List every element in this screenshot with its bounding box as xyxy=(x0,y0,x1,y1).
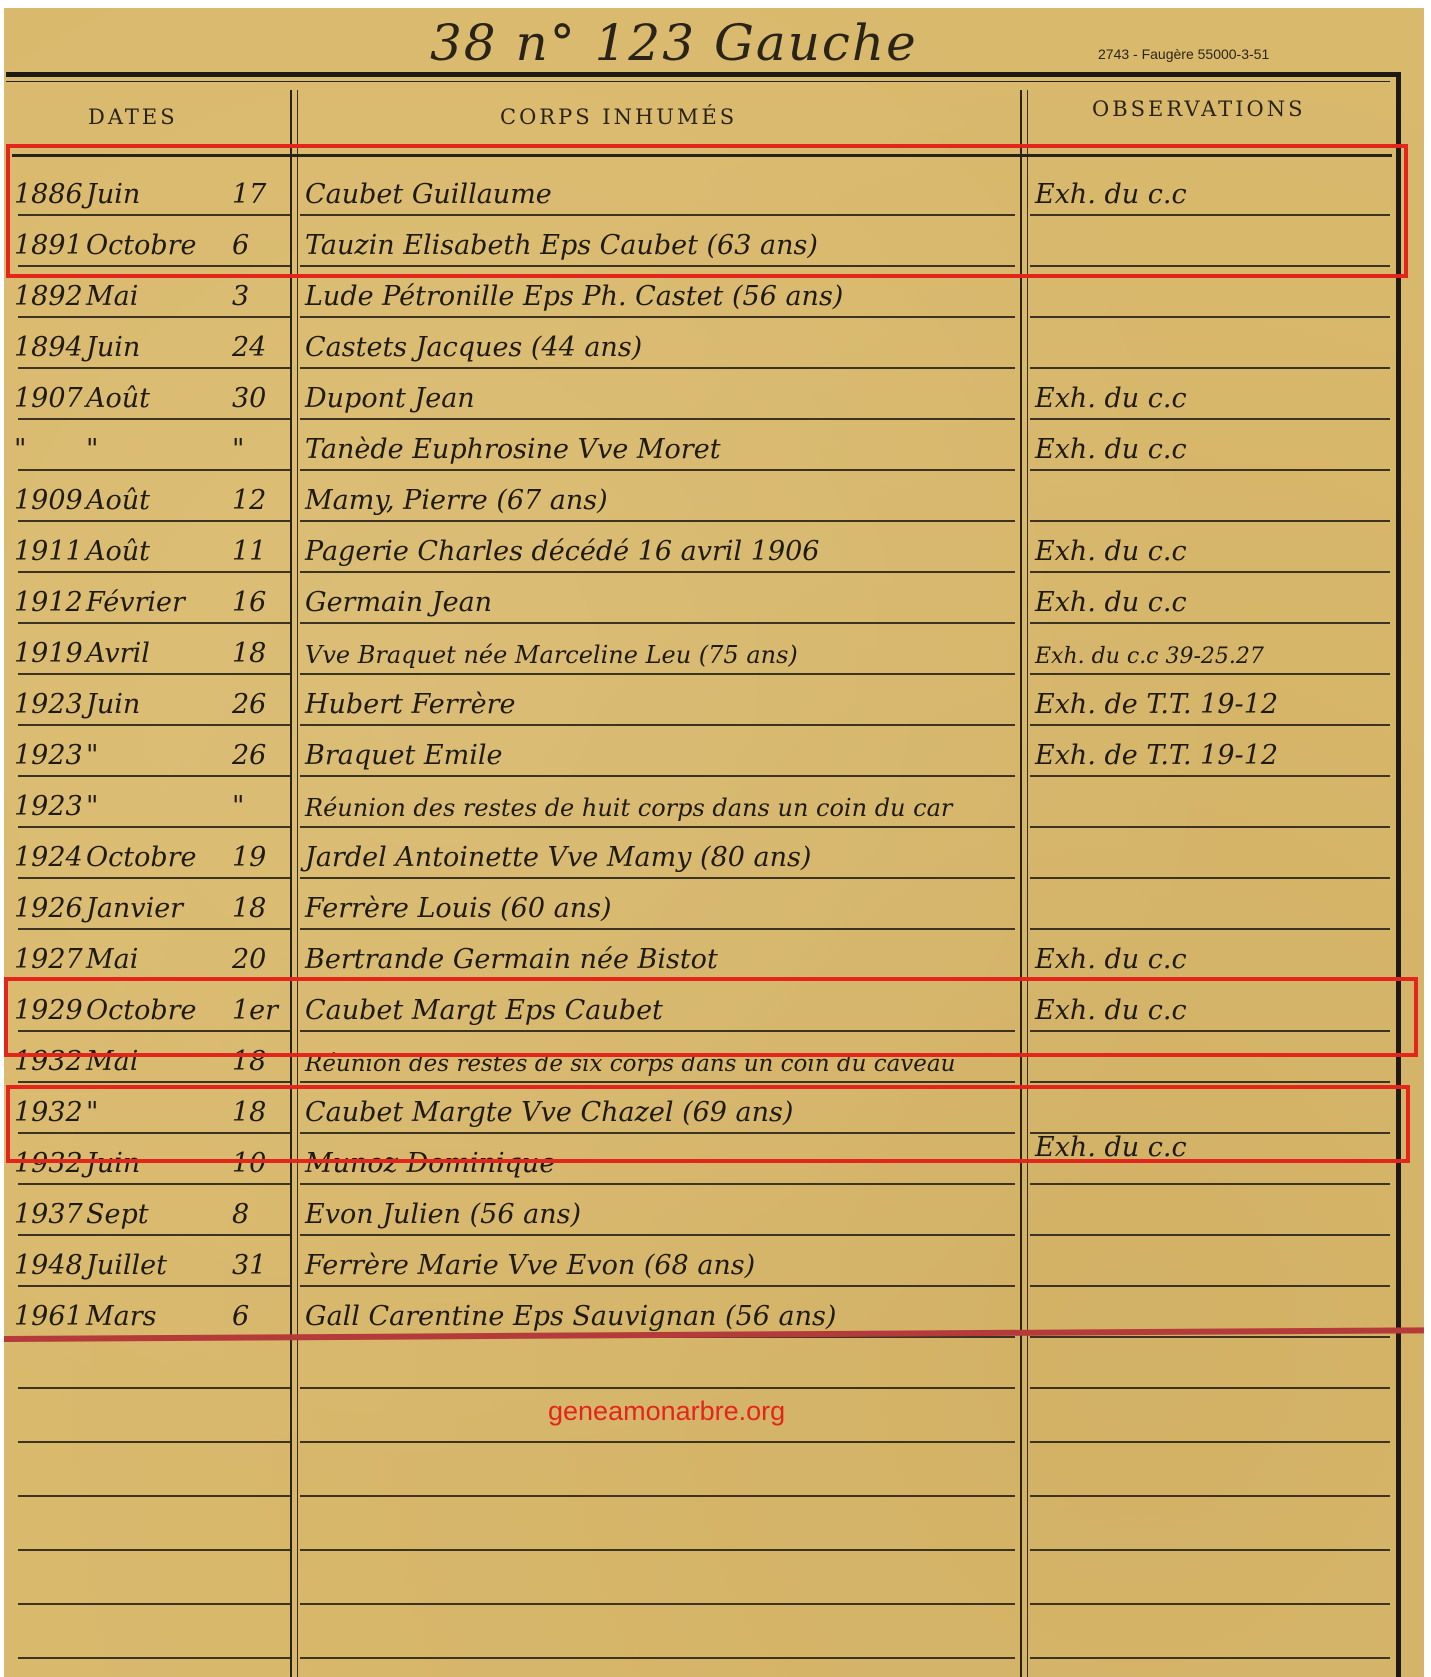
ruled-line xyxy=(18,1081,290,1083)
entry-day: 18 xyxy=(232,638,282,669)
entry-year: 1927 xyxy=(14,944,84,975)
ruled-line xyxy=(1030,1657,1390,1659)
table-row: 1911 Août 11 Pagerie Charles décédé 16 a… xyxy=(0,522,1431,573)
entry-observation: Exh. du c.c xyxy=(1035,587,1187,618)
entry-day: 6 xyxy=(232,1301,282,1332)
ruled-line xyxy=(1030,571,1390,573)
ruled-line xyxy=(1030,1234,1390,1236)
watermark: geneamonarbre.org xyxy=(548,1396,785,1427)
entry-year: 1948 xyxy=(14,1250,84,1281)
entry-observation: Exh. du c.c xyxy=(1035,434,1187,465)
entry-day: 20 xyxy=(232,944,282,975)
entry-year: 1923 xyxy=(14,689,84,720)
ruled-line xyxy=(18,520,290,522)
entry-observation: Exh. du c.c xyxy=(1035,944,1187,975)
column-header-dates: DATES xyxy=(88,105,178,129)
entry-year: 1911 xyxy=(14,536,84,567)
table-row: 1907 Août 30 Dupont Jean Exh. du c.c xyxy=(0,369,1431,420)
table-row: 1894 Juin 24 Castets Jacques (44 ans) xyxy=(0,318,1431,369)
entry-name: Castets Jacques (44 ans) xyxy=(305,332,642,363)
entry-name: Gall Carentine Eps Sauvignan (56 ans) xyxy=(305,1301,836,1332)
ruled-line xyxy=(1030,367,1390,369)
table-row: 1924 Octobre 19 Jardel Antoinette Vve Ma… xyxy=(0,828,1431,879)
ruled-line xyxy=(300,1603,1015,1605)
entry-name: Braquet Emile xyxy=(305,740,503,771)
entry-day: 18 xyxy=(232,893,282,924)
entry-name: Bertrande Germain née Bistot xyxy=(305,944,718,975)
entry-name: Tanède Euphrosine Vve Moret xyxy=(305,434,721,465)
handwritten-heading: 38 n° 123 Gauche xyxy=(430,14,918,72)
ruled-line xyxy=(1030,775,1390,777)
entry-observation: Exh. de T.T. 19-12 xyxy=(1035,689,1278,720)
ruled-line xyxy=(18,418,290,420)
entry-year: 1892 xyxy=(14,281,84,312)
entry-name: Dupont Jean xyxy=(305,383,475,414)
entry-day: 12 xyxy=(232,485,282,516)
entry-day: 3 xyxy=(232,281,282,312)
ruled-line xyxy=(300,1549,1015,1551)
entry-observation: Exh. du c.c xyxy=(1035,383,1187,414)
ruled-line xyxy=(300,1441,1015,1443)
entry-name: Hubert Ferrère xyxy=(305,689,515,720)
ruled-line xyxy=(1030,418,1390,420)
highlight-box-caubet-1886-1891 xyxy=(6,144,1408,278)
ruled-line xyxy=(18,469,290,471)
ruled-line xyxy=(18,673,290,675)
entry-name: Ferrère Marie Vve Evon (68 ans) xyxy=(305,1250,755,1281)
entry-month: Août xyxy=(86,536,236,567)
entry-name: Jardel Antoinette Vve Mamy (80 ans) xyxy=(305,842,811,873)
table-row: 1937 Sept 8 Evon Julien (56 ans) xyxy=(0,1185,1431,1236)
ruled-line xyxy=(1030,1549,1390,1551)
entry-day: 8 xyxy=(232,1199,282,1230)
ruled-line xyxy=(18,1387,290,1389)
entry-month: Janvier xyxy=(86,893,236,924)
ruled-line xyxy=(18,1183,290,1185)
ruled-line xyxy=(300,1495,1015,1497)
entry-year: 1909 xyxy=(14,485,84,516)
entry-year: 1961 xyxy=(14,1301,84,1332)
ruled-line xyxy=(18,571,290,573)
ruled-line xyxy=(1030,928,1390,930)
ruled-line xyxy=(1030,1387,1390,1389)
entry-month: Mai xyxy=(86,281,236,312)
ruled-line xyxy=(1030,1336,1390,1338)
ruled-line xyxy=(300,877,1015,879)
ruled-line xyxy=(300,1657,1015,1659)
column-header-corps-inhumes: CORPS INHUMÉS xyxy=(500,105,737,129)
ruled-line xyxy=(300,826,1015,828)
ruled-line xyxy=(18,1234,290,1236)
entry-month: Février xyxy=(86,587,236,618)
ruled-line xyxy=(300,1081,1015,1083)
entry-day: " xyxy=(232,434,282,465)
entry-name: Lude Pétronille Eps Ph. Castet (56 ans) xyxy=(305,281,843,312)
table-row: 1919 Avril 18 Vve Braquet née Marceline … xyxy=(0,624,1431,675)
ruled-line xyxy=(1030,622,1390,624)
ruled-line xyxy=(300,520,1015,522)
printer-mark: 2743 - Faugère 55000-3-51 xyxy=(1098,46,1269,62)
table-row: 1923 " " Réunion des restes de huit corp… xyxy=(0,777,1431,828)
ruled-line xyxy=(1030,1183,1390,1185)
entry-month: Avril xyxy=(86,638,236,669)
ruled-line xyxy=(1030,1441,1390,1443)
ruled-line xyxy=(18,1441,290,1443)
ruled-line xyxy=(18,826,290,828)
entry-year: 1924 xyxy=(14,842,84,873)
ruled-line xyxy=(300,673,1015,675)
ruled-line xyxy=(1030,1081,1390,1083)
ruled-line xyxy=(300,775,1015,777)
entry-name: Evon Julien (56 ans) xyxy=(305,1199,581,1230)
entry-day: 19 xyxy=(232,842,282,873)
entry-day: 30 xyxy=(232,383,282,414)
ruled-line xyxy=(300,622,1015,624)
ruled-line xyxy=(1030,316,1390,318)
ruled-line xyxy=(18,724,290,726)
ruled-line xyxy=(1030,520,1390,522)
entry-month: " xyxy=(86,434,236,465)
ruled-line xyxy=(1030,1285,1390,1287)
entry-observation: Exh. du c.c xyxy=(1035,536,1187,567)
entry-year: 1937 xyxy=(14,1199,84,1230)
entry-year: 1894 xyxy=(14,332,84,363)
ruled-line xyxy=(18,622,290,624)
entry-month: Août xyxy=(86,383,236,414)
entry-name: Germain Jean xyxy=(305,587,492,618)
entry-day: " xyxy=(232,791,282,822)
table-row: 1927 Mai 20 Bertrande Germain née Bistot… xyxy=(0,930,1431,981)
ruled-line xyxy=(300,1285,1015,1287)
entry-month: Août xyxy=(86,485,236,516)
entry-day: 31 xyxy=(232,1250,282,1281)
ruled-line xyxy=(300,418,1015,420)
entry-name: Réunion des restes de huit corps dans un… xyxy=(305,794,952,822)
ruled-line xyxy=(18,1657,290,1659)
entry-year: 1923 xyxy=(14,791,84,822)
entry-day: 16 xyxy=(232,587,282,618)
ruled-line xyxy=(18,1285,290,1287)
table-row: 1923 " 26 Braquet Emile Exh. de T.T. 19-… xyxy=(0,726,1431,777)
entry-day: 11 xyxy=(232,536,282,567)
table-row: 1912 Février 16 Germain Jean Exh. du c.c xyxy=(0,573,1431,624)
entry-month: Juin xyxy=(86,689,236,720)
entry-month: Sept xyxy=(86,1199,236,1230)
ruled-line xyxy=(300,1183,1015,1185)
entry-month: " xyxy=(86,791,236,822)
entry-month: Mars xyxy=(86,1301,236,1332)
entry-observation: Exh. du c.c 39-25.27 xyxy=(1035,644,1264,669)
table-row: 1948 Juillet 31 Ferrère Marie Vve Evon (… xyxy=(0,1236,1431,1287)
ruled-line xyxy=(300,367,1015,369)
entry-year: 1912 xyxy=(14,587,84,618)
entry-year: 1923 xyxy=(14,740,84,771)
ruled-line xyxy=(300,928,1015,930)
entry-month: Mai xyxy=(86,944,236,975)
entry-name: Vve Braquet née Marceline Leu (75 ans) xyxy=(305,641,798,669)
entry-month: " xyxy=(86,740,236,771)
ruled-line xyxy=(1030,826,1390,828)
ruled-line xyxy=(18,877,290,879)
entry-month: Juin xyxy=(86,332,236,363)
ruled-line xyxy=(300,571,1015,573)
ruled-line xyxy=(18,1549,290,1551)
ruled-line xyxy=(300,316,1015,318)
entry-day: 24 xyxy=(232,332,282,363)
entry-month: Juillet xyxy=(86,1250,236,1281)
highlight-box-caubet-1932 xyxy=(6,1085,1410,1163)
table-row: 1909 Août 12 Mamy, Pierre (67 ans) xyxy=(0,471,1431,522)
ruled-line xyxy=(300,469,1015,471)
ruled-line xyxy=(300,724,1015,726)
entry-day: 26 xyxy=(232,689,282,720)
ruled-line xyxy=(1030,724,1390,726)
ruled-line xyxy=(1030,1603,1390,1605)
ruled-line xyxy=(18,928,290,930)
column-header-observations: OBSERVATIONS xyxy=(1092,97,1305,121)
entry-name: Pagerie Charles décédé 16 avril 1906 xyxy=(305,536,820,567)
highlight-box-caubet-1929 xyxy=(4,977,1418,1057)
entry-year: 1919 xyxy=(14,638,84,669)
entry-observation: Exh. de T.T. 19-12 xyxy=(1035,740,1278,771)
ruled-line xyxy=(18,316,290,318)
entry-year: " xyxy=(14,434,84,465)
ruled-line xyxy=(18,1495,290,1497)
ruled-line xyxy=(18,367,290,369)
ruled-line xyxy=(18,775,290,777)
entry-year: 1907 xyxy=(14,383,84,414)
entry-month: Octobre xyxy=(86,842,236,873)
entry-name: Ferrère Louis (60 ans) xyxy=(305,893,612,924)
table-row: " " " Tanède Euphrosine Vve Moret Exh. d… xyxy=(0,420,1431,471)
ruled-line xyxy=(1030,673,1390,675)
ruled-line xyxy=(1030,877,1390,879)
ruled-line xyxy=(1030,1495,1390,1497)
entry-year: 1926 xyxy=(14,893,84,924)
ruled-line xyxy=(300,1234,1015,1236)
ruled-line xyxy=(18,1603,290,1605)
table-row: 1923 Juin 26 Hubert Ferrère Exh. de T.T.… xyxy=(0,675,1431,726)
ruled-line xyxy=(1030,469,1390,471)
ruled-line xyxy=(300,1387,1015,1389)
table-row: 1926 Janvier 18 Ferrère Louis (60 ans) xyxy=(0,879,1431,930)
entry-day: 26 xyxy=(232,740,282,771)
entry-name: Mamy, Pierre (67 ans) xyxy=(305,485,608,516)
